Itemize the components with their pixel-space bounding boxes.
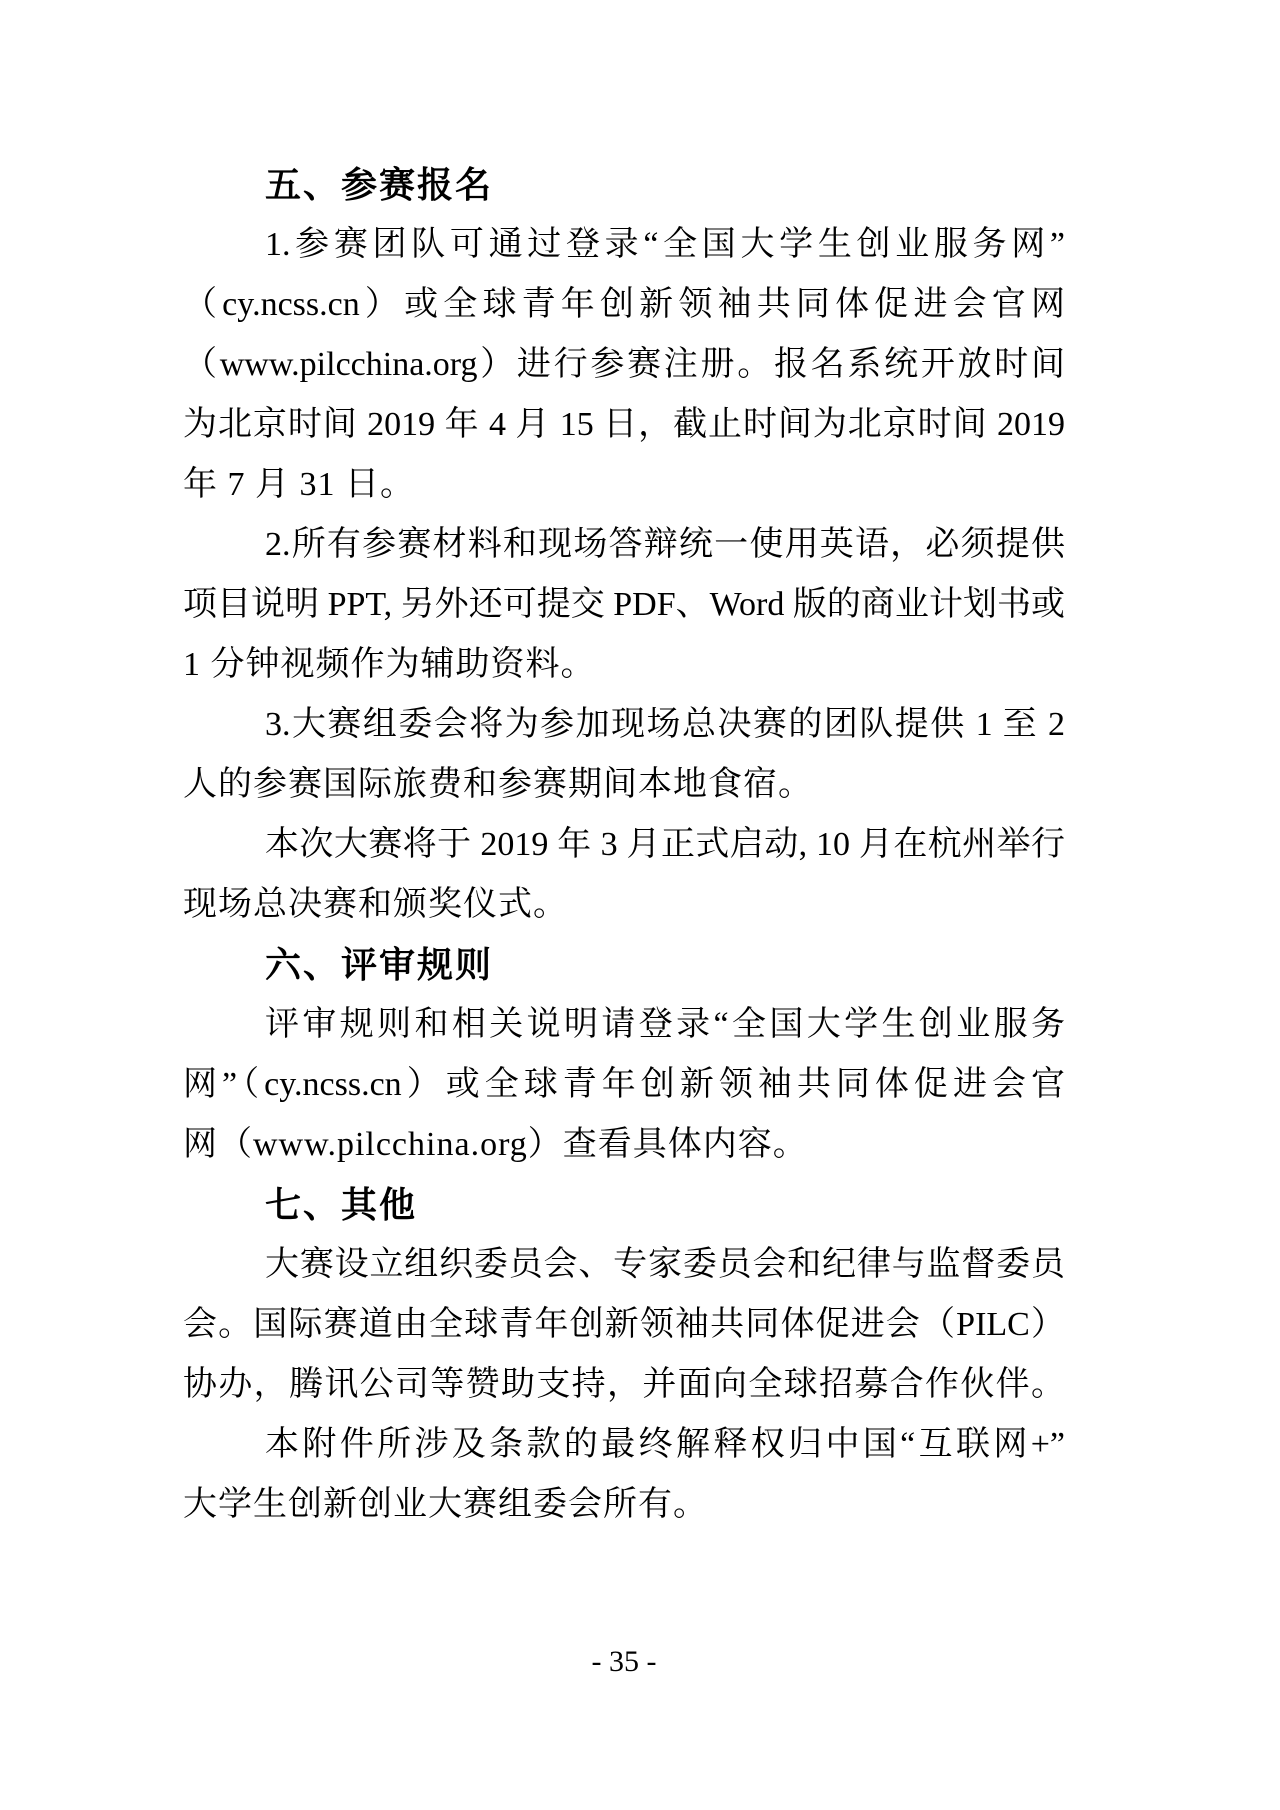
document-line: （www.pilcchina.org）进行参赛注册。报名系统开放时间 [183, 335, 1065, 395]
document-line: （cy.ncss.cn）或全球青年创新领袖共同体促进会官网 [183, 275, 1065, 335]
document-line: 现场总决赛和颁奖仪式。 [183, 875, 1065, 935]
document-line: 大赛设立组织委员会、专家委员会和纪律与监督委员 [183, 1235, 1065, 1295]
document-line: 网（www.pilcchina.org）查看具体内容。 [183, 1115, 1065, 1175]
document-line: 1 分钟视频作为辅助资料。 [183, 635, 1065, 695]
document-line: 大学生创新创业大赛组委会所有。 [183, 1475, 1065, 1535]
document-page: 五、参赛报名1.参赛团队可通过登录“全国大学生创业服务网”（cy.ncss.cn… [0, 0, 1280, 1810]
document-line: 网”（cy.ncss.cn）或全球青年创新领袖共同体促进会官 [183, 1055, 1065, 1115]
document-line: 3.大赛组委会将为参加现场总决赛的团队提供 1 至 2 [183, 695, 1065, 755]
document-line: 项目说明 PPT, 另外还可提交 PDF、Word 版的商业计划书或 [183, 575, 1065, 635]
document-line: 1.参赛团队可通过登录“全国大学生创业服务网” [183, 215, 1065, 275]
document-line: 评审规则和相关说明请登录“全国大学生创业服务 [183, 995, 1065, 1055]
document-line: 为北京时间 2019 年 4 月 15 日，截止时间为北京时间 2019 [183, 395, 1065, 455]
section-heading: 七、其他 [183, 1175, 1065, 1235]
section-heading: 六、评审规则 [183, 935, 1065, 995]
document-line: 协办，腾讯公司等赞助支持，并面向全球招募合作伙伴。 [183, 1355, 1065, 1415]
document-line: 本附件所涉及条款的最终解释权归中国“互联网+” [183, 1415, 1065, 1475]
document-line: 会。国际赛道由全球青年创新领袖共同体促进会（PILC） [183, 1295, 1065, 1355]
document-line: 人的参赛国际旅费和参赛期间本地食宿。 [183, 755, 1065, 815]
document-content: 五、参赛报名1.参赛团队可通过登录“全国大学生创业服务网”（cy.ncss.cn… [183, 155, 1065, 1535]
document-line: 2.所有参赛材料和现场答辩统一使用英语，必须提供 [183, 515, 1065, 575]
document-line: 本次大赛将于 2019 年 3 月正式启动, 10 月在杭州举行 [183, 815, 1065, 875]
document-line: 年 7 月 31 日。 [183, 455, 1065, 515]
page-number: - 35 - [183, 1642, 1065, 1682]
section-heading: 五、参赛报名 [183, 155, 1065, 215]
